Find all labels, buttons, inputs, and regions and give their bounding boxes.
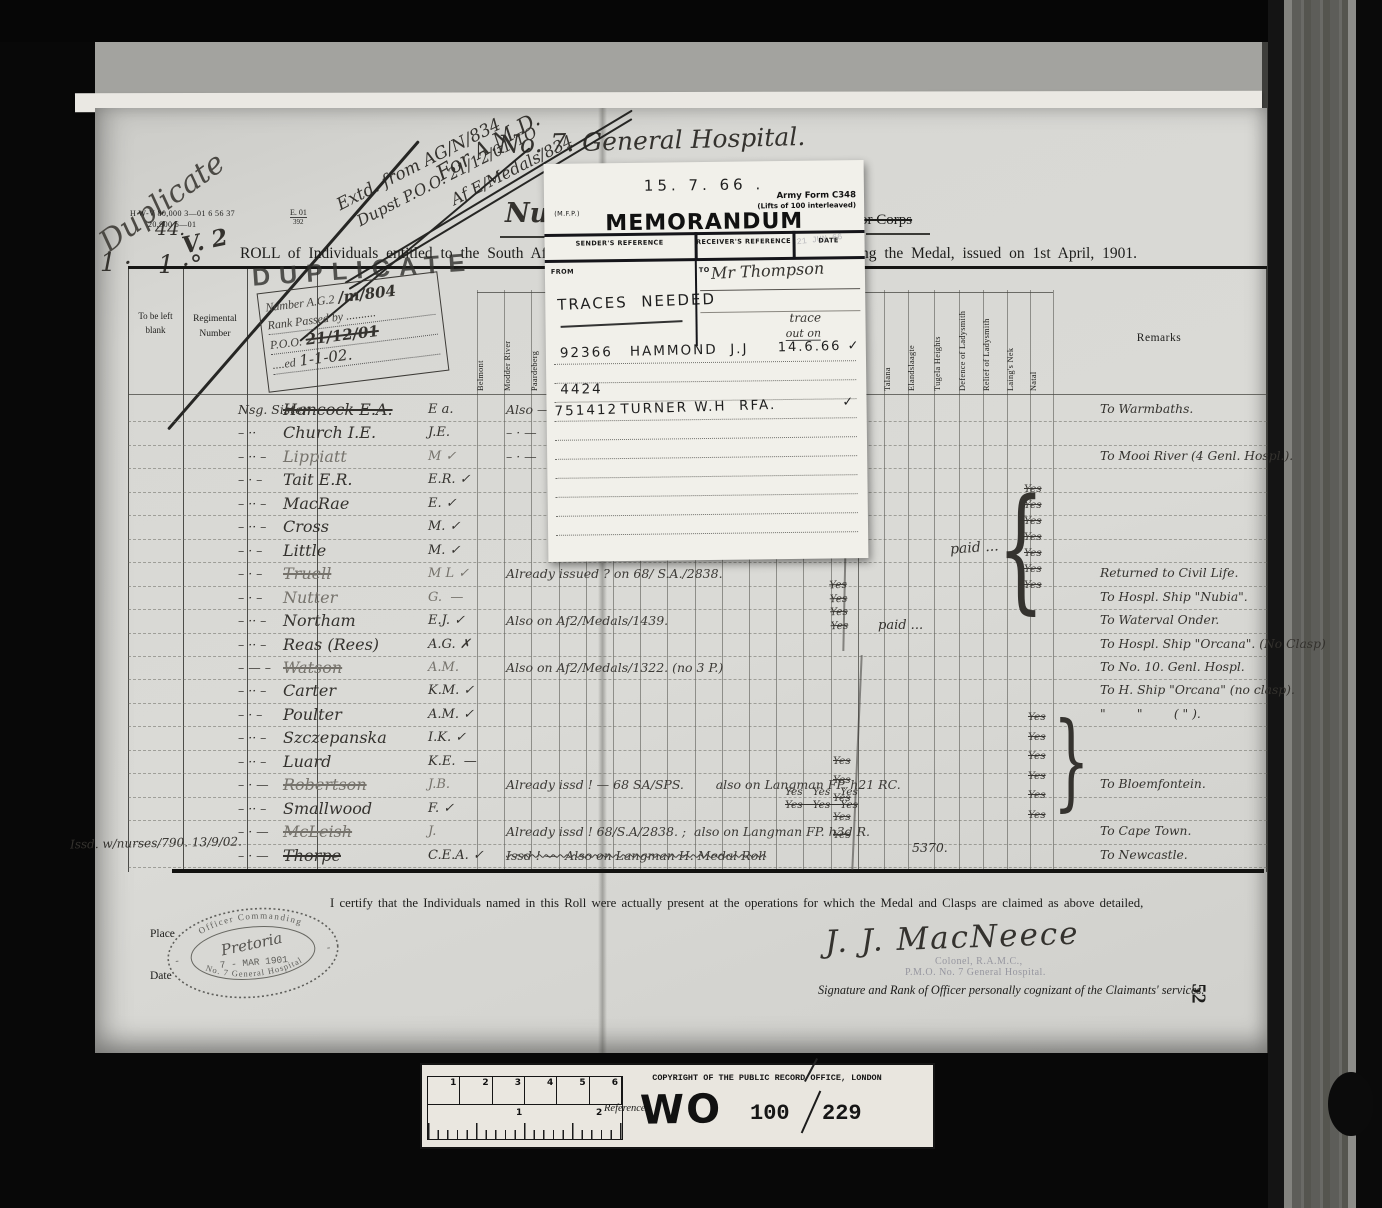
battle-column-header: Modder River	[504, 293, 531, 391]
yes-marks-natal-low: YesYesYesYesYesYes	[1028, 712, 1046, 829]
row-initials: J.E.	[428, 421, 508, 444]
row-rule	[128, 844, 1267, 845]
row-rule	[128, 609, 1267, 610]
row-rule	[128, 656, 1267, 657]
row-initials: G. —	[428, 586, 508, 609]
print-run-code-1: H W-V 80,000 3—01 6 56 37	[130, 209, 235, 218]
row-remark: To Mooi River (4 Genl. Hospl.).	[1100, 445, 1270, 468]
row-name: Tait E.R.	[283, 468, 433, 491]
row-note: Already issd ! 68/S.A/2838. ; also on La…	[506, 820, 1081, 843]
ruler-inch-2: 2	[596, 1108, 602, 1118]
roll-row: – · — Robertson J.B. Already issd ! — 68…	[128, 773, 1267, 796]
memo-from-label: FROM	[551, 268, 574, 276]
ruler-cm-cell: 5	[557, 1077, 589, 1104]
row-remark: To Hospl. Ship "Orcana". (No Clasp)	[1100, 633, 1270, 656]
memo-trace-note-1: trace	[789, 311, 821, 325]
memo-from-value: TRACES NEEDED	[557, 290, 716, 314]
memo-dotted-rule	[556, 512, 858, 517]
row-note: Also on Af2/Medals/1439.	[506, 609, 1081, 632]
book-edge-black	[1356, 0, 1382, 1208]
signature-caption: Signature and Rank of Officer personally…	[818, 983, 1204, 998]
yes-pair-row-1: Yes Yes Yes	[785, 786, 858, 798]
row-name: Nutter	[283, 586, 433, 609]
row-initials: M ✓	[428, 445, 508, 468]
row-initials: J.B.	[428, 773, 508, 796]
yes-pair-row-2: Yes Yes Yes	[785, 799, 858, 811]
battle-column-header: Relief of Ladysmith	[983, 293, 1007, 391]
nurses-word-start: Nu	[505, 198, 549, 229]
battle-column-header: Talana	[884, 293, 908, 391]
row-initials: A.G. ✗	[428, 633, 508, 656]
battle-column-header: Belmont	[477, 293, 504, 391]
row-remark: To Bloemfontein.	[1100, 773, 1270, 796]
yes-mark: Yes	[833, 775, 851, 786]
ruler-cm-row: 123456	[428, 1077, 622, 1105]
row-name: Robertson	[283, 773, 433, 796]
row-initials: M L ✓	[428, 562, 508, 585]
row-initials: K.E. —	[428, 750, 508, 773]
signature-stamp-line-2: P.M.O. No. 7 General Hospital.	[905, 967, 1046, 978]
row-name: MacRae	[283, 492, 433, 515]
yes-mark: Yes	[833, 756, 851, 767]
roll-row: – ·· – Szczepanska I.K. ✓	[128, 726, 1267, 749]
memo-to-line2	[700, 310, 860, 313]
book-edge-notch	[1328, 1072, 1374, 1136]
row-initials: A.M.	[428, 656, 508, 679]
signature-stamp-line-1: Colonel, R.A.M.C.,	[935, 956, 1023, 967]
row-name: Reas (Rees)	[283, 633, 433, 656]
ruler-tick-row: 1 2	[428, 1106, 622, 1139]
entry-name: HAMMOND J.J	[630, 341, 749, 360]
row-rule	[128, 679, 1267, 680]
row-initials: A.M. ✓	[428, 703, 508, 726]
memo-col-receiver: RECEIVER'S REFERENCE	[694, 237, 792, 246]
memo-form-number: Army Form C348	[777, 190, 857, 201]
memo-dotted-rule	[556, 493, 858, 498]
row-rule	[128, 726, 1267, 727]
yes-marks-rhodesia: YesYesYesYes	[829, 580, 848, 635]
row-initials: K.M. ✓	[428, 679, 508, 702]
memo-dotted-rule	[556, 531, 858, 536]
svg-text:-: -	[175, 956, 179, 967]
row-rule	[128, 633, 1267, 634]
ruler-cm-cell: 2	[460, 1077, 492, 1104]
row-remark: To Cape Town.	[1100, 820, 1270, 843]
brace-mark-close: }	[1053, 700, 1090, 822]
memo-date-stamp-faint: 21 JUN 66	[796, 232, 843, 247]
book-edge-gray	[1292, 0, 1348, 1208]
row-initials: M. ✓	[428, 539, 508, 562]
folio-number: 52	[1187, 984, 1210, 1004]
memo-date-hand: 15. 7. 66 .	[644, 175, 765, 194]
row-name: Carter	[283, 679, 433, 702]
entry-name: TURNER W.H RFA.	[620, 397, 776, 418]
board-ref-dept: WO	[640, 1086, 723, 1133]
row-initials: E.R. ✓	[428, 468, 508, 491]
yes-mark: Yes	[1028, 771, 1046, 782]
row-name: Truell	[283, 562, 433, 585]
row-remark: To H. Ship "Orcana" (no clasp).	[1100, 679, 1270, 702]
memorandum-slip: (M.F.P.) 15. 7. 66 . Army Form C348 (Lif…	[544, 160, 869, 562]
col-header-remarks: Remarks	[1053, 332, 1265, 344]
row-initials: C.E.A. ✓	[428, 844, 508, 867]
entry-tick: ✓	[842, 395, 855, 410]
yes-mark: Yes	[830, 607, 848, 618]
battle-column-header: Laing's Nek	[1007, 293, 1030, 391]
roll-row: – · – Nutter G. — To Hospl. Ship "Nubia"…	[128, 586, 1267, 609]
entry-number: 4424	[560, 381, 603, 398]
battle-column-header: Tugela Heights	[934, 293, 959, 391]
roll-row: – · — McLeish J. Already issd ! 68/S.A/2…	[128, 820, 1267, 843]
row-initials: F. ✓	[428, 797, 508, 820]
yes-mark: Yes	[830, 620, 848, 631]
row-rule	[128, 562, 1267, 563]
row-initials: I.K. ✓	[428, 726, 508, 749]
row-name: Hancock E.A.	[283, 398, 433, 421]
memo-to-label: TO	[699, 266, 710, 274]
memo-dotted-rule	[555, 455, 857, 460]
row-rule	[128, 703, 1267, 704]
roll-row: – — – Watson A.M. Also on Af2/Medals/132…	[128, 656, 1267, 679]
pro-reference-board: 123456 1 2 COPYRIGHT OF THE PUBLIC RECOR…	[420, 1063, 935, 1149]
yes-mark: Yes	[1028, 810, 1046, 821]
archival-document-scan: Duplicate For A.M.D. Af E/Medals/834 Ext…	[0, 0, 1382, 1208]
svg-text:-: -	[326, 942, 330, 953]
row-remark: " " ( " ).	[1100, 703, 1270, 726]
yes-mark: Yes	[1028, 712, 1046, 723]
poo-label: P.O.O.	[269, 334, 303, 352]
row-name: Thorpe	[283, 844, 433, 867]
brace-mark-open: {	[997, 470, 1044, 627]
issued-margin-note: Issd. w/nurses/790. 13/9/02.	[70, 835, 242, 852]
paid-annotation-2: paid ...	[878, 618, 923, 633]
row-initials: J.	[428, 820, 508, 843]
ruler-cm-cell: 3	[493, 1077, 525, 1104]
row-rule	[128, 586, 1267, 587]
entry-number: 92366	[560, 344, 613, 361]
roll-row: – ·· – Carter K.M. ✓ To H. Ship "Orcana"…	[128, 679, 1267, 702]
battle-column-header: Elandslaagte	[908, 293, 934, 391]
book-edge-dark	[1268, 0, 1284, 1208]
issued-label: ....ed	[272, 355, 297, 372]
yes-mark: Yes	[1028, 790, 1046, 801]
row-remark: To Newcastle.	[1100, 844, 1270, 867]
roll-row: – ·· – Luard K.E. —	[128, 750, 1267, 773]
board-ref-series: 100	[750, 1101, 790, 1126]
paid-annotation-1: paid ...	[950, 538, 1000, 557]
or-corps-struck: or Corps	[860, 212, 912, 229]
memo-dotted-rule	[555, 436, 857, 441]
oval-unit-stamp: Officer Commanding No. 7 General Hospita…	[159, 895, 347, 1010]
roll-title-right: ng the Medal, issued on 1st April, 1901.	[861, 245, 1137, 263]
ruler-cm-cell: 4	[525, 1077, 557, 1104]
ruler-cm-cell: 1	[428, 1077, 460, 1104]
row-initials: E a.	[428, 398, 508, 421]
certification-text: I certify that the Individuals named in …	[330, 896, 1143, 911]
row-rule	[128, 773, 1267, 774]
row-rule	[128, 820, 1267, 821]
roll-row: – · – Truell M L ✓ Already issued ? on 6…	[128, 562, 1267, 585]
row-name: Cross	[283, 515, 433, 538]
yes-mark: Yes	[1028, 751, 1046, 762]
memo-col-sender: SENDER'S REFERENCE	[545, 238, 695, 248]
row-name: Szczepanska	[283, 726, 433, 749]
scale-ruler: 123456 1 2	[427, 1076, 623, 1140]
print-run-code-1c: 392	[293, 218, 304, 226]
row-name: Smallwood	[283, 797, 433, 820]
book-edge-light2	[1348, 0, 1356, 1208]
row-note: Also on Af2/Medals/1322. (no 3 P.)	[506, 656, 1081, 679]
row-name: Church I.E.	[283, 421, 433, 444]
row-name: McLeish	[283, 820, 433, 843]
unit-underline-right	[866, 233, 930, 235]
row-rule	[128, 750, 1267, 751]
battle-column-header: Natal	[1030, 293, 1053, 391]
row-rule	[128, 867, 1267, 868]
yes-mark: Yes	[833, 830, 851, 841]
yes-mark: Yes	[1028, 732, 1046, 743]
entry-number: 751412	[554, 402, 618, 420]
row-initials: E. ✓	[428, 492, 508, 515]
board-ref-slash	[801, 1091, 822, 1134]
book-edge-light	[1284, 0, 1292, 1208]
row-initials: E.J. ✓	[428, 609, 508, 632]
row-name: Watson	[283, 656, 433, 679]
row-rule	[128, 797, 1267, 798]
row-name: Luard	[283, 750, 433, 773]
row-remark: To No. 10. Genl. Hospl.	[1100, 656, 1270, 679]
row-note: Already issued ? on 68/ S.A./2838.	[506, 562, 1081, 585]
print-run-code-1b: E. 01	[290, 208, 307, 218]
row-remark: Returned to Civil Life.	[1100, 562, 1270, 585]
roll-row: – · — Thorpe C.E.A. ✓ Issd ! — Also on L…	[128, 844, 1267, 867]
entry-date: 14.6.66 ✓	[778, 338, 861, 355]
battle-column-header: Defence of Ladysmith	[959, 293, 983, 391]
row-note: Issd ! — Also on Langman H. Medal Roll	[506, 844, 1081, 867]
memo-dotted-rule	[555, 474, 857, 479]
row-initials: M. ✓	[428, 515, 508, 538]
board-ref-piece: 229	[822, 1101, 862, 1126]
roll-row: – ·· – Northam E.J. ✓ Also on Af2/Medals…	[128, 609, 1267, 632]
roll-row: – ·· – Reas (Rees) A.G. ✗ To Hospl. Ship…	[128, 633, 1267, 656]
memo-to-value: Mr Thompson	[711, 259, 825, 283]
scanner-background	[0, 0, 1268, 42]
row-remark: To Waterval Onder.	[1100, 609, 1270, 632]
col-header-regimental: Regimental Number	[183, 312, 247, 342]
row-name: Little	[283, 539, 433, 562]
memo-from-underline	[561, 320, 683, 327]
memo-to-line1	[700, 288, 860, 291]
row-name: Lippiatt	[283, 445, 433, 468]
board-copyright: COPYRIGHT OF THE PUBLIC RECORD OFFICE, L…	[600, 1073, 934, 1083]
number-5370: 5370.	[912, 840, 948, 855]
roll-row: – ·· – Smallwood F. ✓	[128, 797, 1267, 820]
row-name: Northam	[283, 609, 433, 632]
col-header-blank: To be left blank	[128, 310, 183, 337]
ruler-inch-1: 1	[516, 1108, 522, 1118]
unit-underline-left	[500, 236, 548, 238]
roll-row: – · – Poulter A.M. ✓ " " ( " ).	[128, 703, 1267, 726]
row-remark: To Warmbaths.	[1100, 398, 1270, 421]
yes-mark: Yes	[833, 812, 851, 823]
row-remark: To Hospl. Ship "Nubia".	[1100, 586, 1270, 609]
row-name: Poulter	[283, 703, 433, 726]
